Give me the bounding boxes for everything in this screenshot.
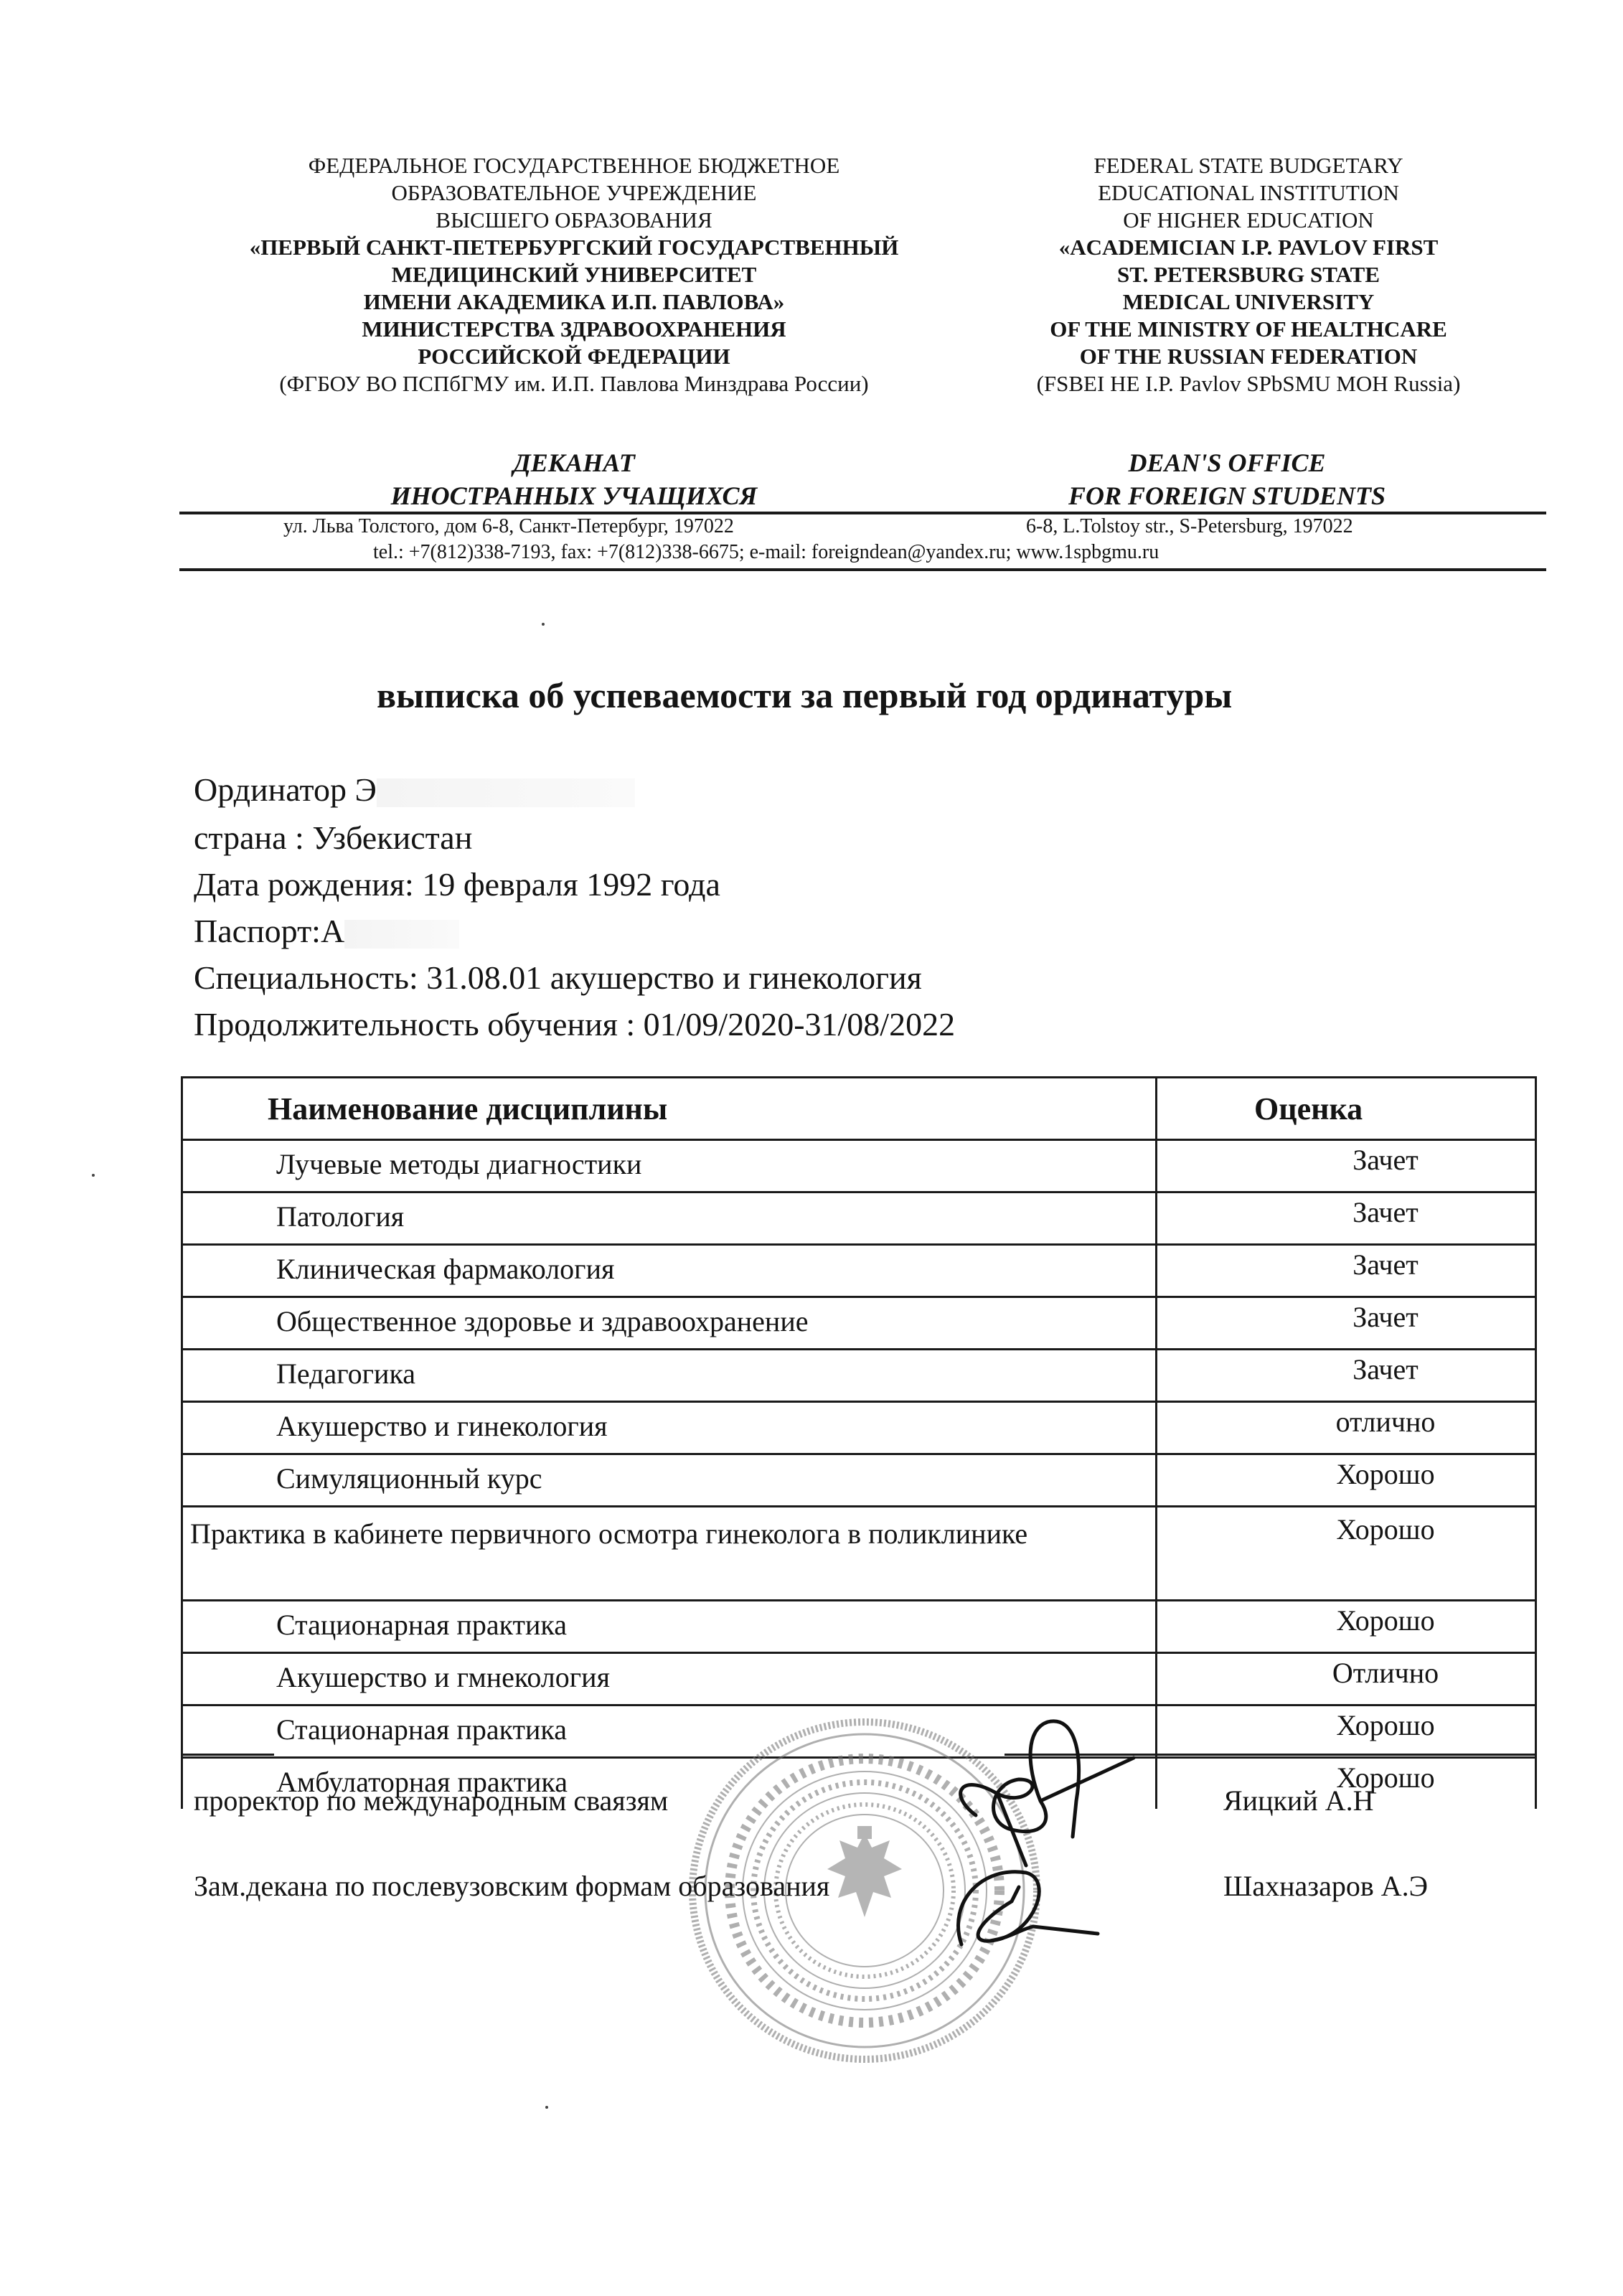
- header-en-line: MEDICAL UNIVERSITY: [976, 288, 1521, 316]
- resident-name-label: Ординатор Э: [194, 771, 377, 808]
- grade-cell: Хорошо: [1157, 1507, 1536, 1601]
- header-ru-line: ФЕДЕРАЛЬНОЕ ГОСУДАРСТВЕННОЕ БЮДЖЕТНОЕ: [179, 152, 969, 179]
- address-russian: ул. Льва Толстого, дом 6-8, Санкт-Петерб…: [283, 515, 734, 538]
- grade-cell: Хорошо: [1157, 1454, 1536, 1507]
- birth-date: Дата рождения: 19 февраля 1992 года: [194, 865, 720, 905]
- scan-speck: [92, 1174, 95, 1177]
- table-row: Педагогика Зачет: [182, 1350, 1536, 1402]
- scan-speck: [545, 2106, 548, 2109]
- discipline-cell: Стационарная практика: [182, 1601, 1157, 1653]
- header-ru-line: ИМЕНИ АКАДЕМИКА И.П. ПАВЛОВА»: [179, 288, 969, 316]
- discipline-cell: Патология: [182, 1192, 1157, 1245]
- table-row: Акушерство и гмнекология Отлично: [182, 1653, 1536, 1705]
- scan-speck: [542, 623, 545, 626]
- grades-table: Наименование дисциплины Оценка Лучевые м…: [181, 1076, 1537, 1809]
- dean-office-english: DEAN'S OFFICE FOR FOREIGN STUDENTS: [997, 446, 1457, 512]
- header-ru-line: «ПЕРВЫЙ САНКТ-ПЕТЕРБУРГСКИЙ ГОСУДАРСТВЕН…: [179, 234, 969, 261]
- dean-office-ru-line: ИНОСТРАННЫХ УЧАЩИХСЯ: [301, 479, 847, 512]
- table-row: Общественное здоровье и здравоохранение …: [182, 1297, 1536, 1350]
- column-header-grade: Оценка: [1157, 1078, 1536, 1140]
- passport: Паспорт:А: [194, 911, 459, 951]
- header-ru-line: МИНИСТЕРСТВА ЗДРАВООХРАНЕНИЯ: [179, 316, 969, 343]
- header-en-line: OF THE RUSSIAN FEDERATION: [976, 343, 1521, 370]
- grade-cell: Зачет: [1157, 1350, 1536, 1402]
- header-en-line: ST. PETERSBURG STATE: [976, 261, 1521, 288]
- discipline-cell: Практика в кабинете первичного осмотра г…: [182, 1507, 1157, 1601]
- table-row: Акушерство и гинекология отлично: [182, 1402, 1536, 1454]
- header-en-line: OF THE MINISTRY OF HEALTHCARE: [976, 316, 1521, 343]
- document-title: выписка об успеваемости за первый год ор…: [377, 674, 1232, 716]
- header-divider-bottom: [179, 568, 1546, 571]
- redacted-passport: [344, 920, 459, 949]
- grade-cell: Зачет: [1157, 1140, 1536, 1192]
- header-ru-line: ВЫСШЕГО ОБРАЗОВАНИЯ: [179, 207, 969, 234]
- resident-name: Ординатор Э: [194, 770, 635, 810]
- header-ru-line: РОССИЙСКОЙ ФЕДЕРАЦИИ: [179, 343, 969, 370]
- discipline-cell: Симуляционный курс: [182, 1454, 1157, 1507]
- header-russian: ФЕДЕРАЛЬНОЕ ГОСУДАРСТВЕННОЕ БЮДЖЕТНОЕ ОБ…: [179, 152, 969, 397]
- header-en-line: EDUCATIONAL INSTITUTION: [976, 179, 1521, 207]
- signatory-role-vice-rector: проректор по международным сваязям: [194, 1784, 668, 1817]
- header-en-line: «ACADEMICIAN I.P. PAVLOV FIRST: [976, 234, 1521, 261]
- discipline-cell: Акушерство и гинекология: [182, 1402, 1157, 1454]
- dean-office-russian: ДЕКАНАТ ИНОСТРАННЫХ УЧАЩИХСЯ: [301, 446, 847, 512]
- header-ru-abbrev: (ФГБОУ ВО ПСПбГМУ им. И.П. Павлова Минзд…: [179, 370, 969, 397]
- table-row: Симуляционный курс Хорошо: [182, 1454, 1536, 1507]
- grade-cell: Хорошо: [1157, 1705, 1536, 1758]
- header-ru-line: МЕДИЦИНСКИЙ УНИВЕРСИТЕТ: [179, 261, 969, 288]
- discipline-cell: Общественное здоровье и здравоохранение: [182, 1297, 1157, 1350]
- table-bottom-border-left: [181, 1754, 274, 1756]
- column-header-discipline: Наименование дисциплины: [182, 1078, 1157, 1140]
- header-en-abbrev: (FSBEI HE I.P. Pavlov SPbSMU MOH Russia): [976, 370, 1521, 397]
- specialty: Специальность: 31.08.01 акушерство и гин…: [194, 958, 922, 998]
- dean-office-ru-line: ДЕКАНАТ: [301, 446, 847, 479]
- contact-line: tel.: +7(812)338-7193, fax: +7(812)338-6…: [373, 541, 1159, 564]
- dean-office-en-line: DEAN'S OFFICE: [997, 446, 1457, 479]
- signatory-name-vice-rector: Яицкий А.Н: [1223, 1784, 1374, 1817]
- grade-cell: Хорошо: [1157, 1601, 1536, 1653]
- header-ru-line: ОБРАЗОВАТЕЛЬНОЕ УЧРЕЖДЕНИЕ: [179, 179, 969, 207]
- header-english: FEDERAL STATE BUDGETARY EDUCATIONAL INST…: [976, 152, 1521, 397]
- table-row: Патология Зачет: [182, 1192, 1536, 1245]
- grade-cell: отлично: [1157, 1402, 1536, 1454]
- redacted-name: [377, 778, 635, 807]
- dean-office-en-line: FOR FOREIGN STUDENTS: [997, 479, 1457, 512]
- grade-cell: Зачет: [1157, 1297, 1536, 1350]
- grade-cell: Отлично: [1157, 1653, 1536, 1705]
- signature-2-icon: [947, 1858, 1148, 1959]
- header-en-line: OF HIGHER EDUCATION: [976, 207, 1521, 234]
- table-header-row: Наименование дисциплины Оценка: [182, 1078, 1536, 1140]
- signatory-role-deputy-dean: Зам.декана по послевузовским формам обра…: [194, 1869, 829, 1903]
- table-row: Лучевые методы диагностики Зачет: [182, 1140, 1536, 1192]
- table-row: Стационарная практика Хорошо: [182, 1601, 1536, 1653]
- grade-cell: Зачет: [1157, 1192, 1536, 1245]
- table-row: Клиническая фармакология Зачет: [182, 1245, 1536, 1297]
- discipline-cell: Педагогика: [182, 1350, 1157, 1402]
- header-en-line: FEDERAL STATE BUDGETARY: [976, 152, 1521, 179]
- passport-label: Паспорт:А: [194, 913, 344, 949]
- address-english: 6-8, L.Tolstoy str., S-Petersburg, 19702…: [1026, 515, 1353, 538]
- discipline-cell: Клиническая фармакология: [182, 1245, 1157, 1297]
- country: страна : Узбекистан: [194, 818, 472, 858]
- table-row: Практика в кабинете первичного осмотра г…: [182, 1507, 1536, 1601]
- discipline-cell: Лучевые методы диагностики: [182, 1140, 1157, 1192]
- header-divider-top: [179, 512, 1546, 514]
- signatory-name-deputy-dean: Шахназаров А.Э: [1223, 1869, 1428, 1903]
- discipline-cell: Акушерство и гмнекология: [182, 1653, 1157, 1705]
- study-duration: Продолжительность обучения : 01/09/2020-…: [194, 1004, 955, 1045]
- grade-cell: Зачет: [1157, 1245, 1536, 1297]
